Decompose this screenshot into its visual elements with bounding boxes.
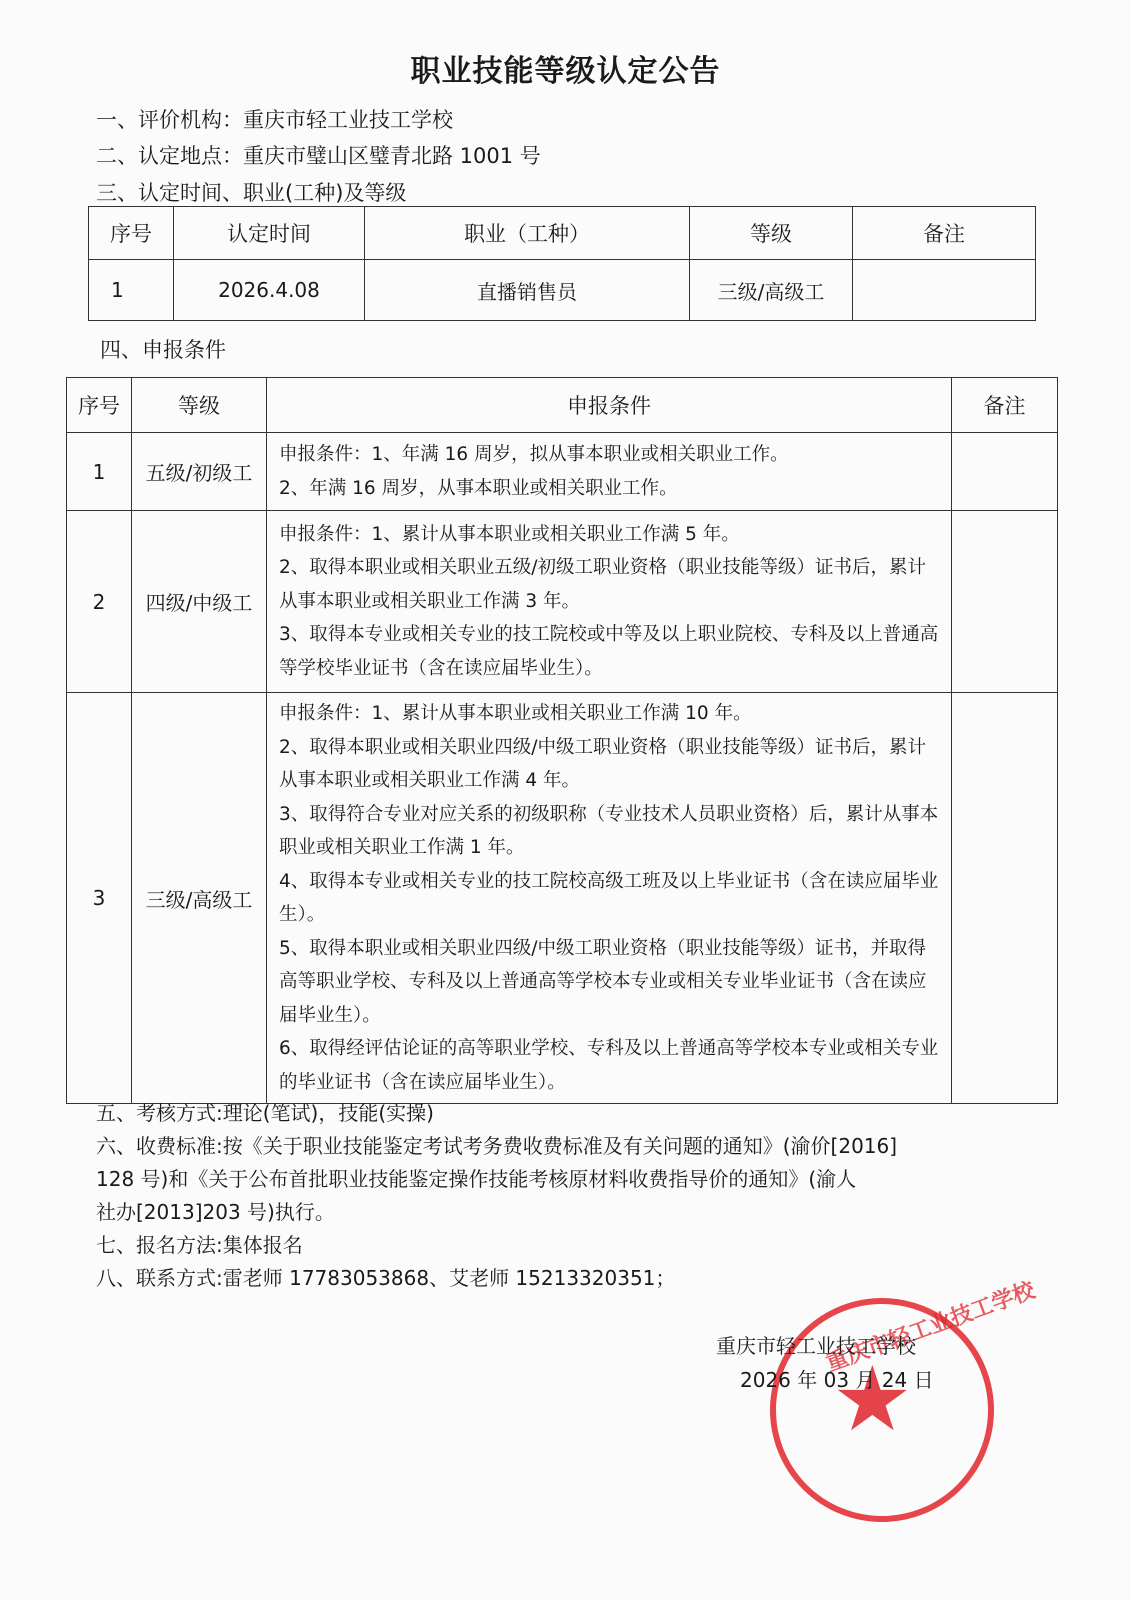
section-location: 二、认定地点：重庆市璧山区璧青北路 1001 号 [96, 140, 541, 170]
cell-conditions: 申报条件：1、年满 16 周岁，拟从事本职业或相关职业工作。 2、年满 16 周… [267, 433, 952, 511]
section-time-occupation: 三、认定时间、职业(工种)及等级 [96, 177, 406, 207]
cell-no: 1 [89, 260, 174, 321]
section-conditions: 四、申报条件 [100, 334, 226, 364]
condition-line: 3、取得本专业或相关专业的技工院校或中等及以上职业院校、专科及以上普通高等学校毕… [279, 618, 941, 685]
cell-conditions: 申报条件：1、累计从事本职业或相关职业工作满 5 年。 2、取得本职业或相关职业… [267, 511, 952, 693]
table-header-row: 序号 等级 申报条件 备注 [67, 378, 1058, 433]
cell-level: 三级/高级工 [132, 693, 267, 1104]
cell-no: 1 [67, 433, 132, 511]
cell-date: 2026.4.08 [174, 260, 365, 321]
section-fees-line2: 128 号)和《关于公布首批职业技能鉴定操作技能考核原材料收费指导价的通知》(渝… [96, 1163, 856, 1192]
signature-date: 2026 年 03 月 24 日 [740, 1364, 934, 1393]
cell-occupation: 直播销售员 [365, 260, 690, 321]
condition-line: 4、取得本专业或相关专业的技工院校高级工班及以上毕业证书（含在读应届毕业生）。 [279, 865, 941, 932]
header-no: 序号 [67, 378, 132, 433]
cell-level: 三级/高级工 [690, 260, 853, 321]
condition-line: 申报条件：1、累计从事本职业或相关职业工作满 10 年。 [279, 697, 941, 731]
cell-remark [952, 693, 1058, 1104]
section-assessment: 五、考核方式:理论(笔试)，技能(实操) [96, 1097, 434, 1126]
cell-remark [952, 511, 1058, 693]
cell-conditions: 申报条件：1、累计从事本职业或相关职业工作满 10 年。 2、取得本职业或相关职… [267, 693, 952, 1104]
cell-remark [952, 433, 1058, 511]
conditions-table: 序号 等级 申报条件 备注 1 五级/初级工 申报条件：1、年满 16 周岁，拟… [66, 377, 1058, 1104]
cell-no: 3 [67, 693, 132, 1104]
header-remark: 备注 [853, 207, 1036, 260]
header-occupation: 职业（工种） [365, 207, 690, 260]
cell-no: 2 [67, 511, 132, 693]
table-row: 2 四级/中级工 申报条件：1、累计从事本职业或相关职业工作满 5 年。 2、取… [67, 511, 1058, 693]
section-fees-line3: 社办[2013]203 号)执行。 [96, 1196, 335, 1225]
cell-level: 五级/初级工 [132, 433, 267, 511]
condition-line: 申报条件：1、年满 16 周岁，拟从事本职业或相关职业工作。 [279, 438, 941, 472]
header-no: 序号 [89, 207, 174, 260]
table-header-row: 序号 认定时间 职业（工种） 等级 备注 [89, 207, 1036, 260]
section-contact: 八、联系方式:雷老师 17783053868、艾老师 15213320351； [96, 1262, 675, 1291]
header-remark: 备注 [952, 378, 1058, 433]
section-registration: 七、报名方法:集体报名 [96, 1229, 303, 1258]
condition-line: 5、取得本职业或相关职业四级/中级工职业资格（职业技能等级）证书，并取得高等职业… [279, 932, 941, 1033]
signature-org: 重庆市轻工业技工学校 [716, 1330, 916, 1359]
condition-line: 6、取得经评估论证的高等职业学校、专科及以上普通高等学校本专业或相关专业的毕业证… [279, 1032, 941, 1099]
schedule-table: 序号 认定时间 职业（工种） 等级 备注 1 2026.4.08 直播销售员 三… [88, 206, 1036, 321]
condition-line: 申报条件：1、累计从事本职业或相关职业工作满 5 年。 [279, 518, 941, 552]
condition-line: 3、取得符合专业对应关系的初级职称（专业技术人员职业资格）后，累计从事本职业或相… [279, 798, 941, 865]
condition-line: 2、年满 16 周岁，从事本职业或相关职业工作。 [279, 472, 941, 506]
header-date: 认定时间 [174, 207, 365, 260]
section-evaluation-org: 一、评价机构：重庆市轻工业技工学校 [96, 104, 453, 134]
section-fees-line1: 六、收费标准:按《关于职业技能鉴定考试考务费收费标准及有关问题的通知》(渝价[2… [96, 1130, 897, 1159]
cell-remark [853, 260, 1036, 321]
document-title: 职业技能等级认定公告 [0, 46, 1131, 90]
condition-line: 2、取得本职业或相关职业五级/初级工职业资格（职业技能等级）证书后，累计从事本职… [279, 551, 941, 618]
table-row: 3 三级/高级工 申报条件：1、累计从事本职业或相关职业工作满 10 年。 2、… [67, 693, 1058, 1104]
table-row: 1 2026.4.08 直播销售员 三级/高级工 [89, 260, 1036, 321]
cell-level: 四级/中级工 [132, 511, 267, 693]
table-row: 1 五级/初级工 申报条件：1、年满 16 周岁，拟从事本职业或相关职业工作。 … [67, 433, 1058, 511]
condition-line: 2、取得本职业或相关职业四级/中级工职业资格（职业技能等级）证书后，累计从事本职… [279, 731, 941, 798]
header-conditions: 申报条件 [267, 378, 952, 433]
header-level: 等级 [132, 378, 267, 433]
header-level: 等级 [690, 207, 853, 260]
